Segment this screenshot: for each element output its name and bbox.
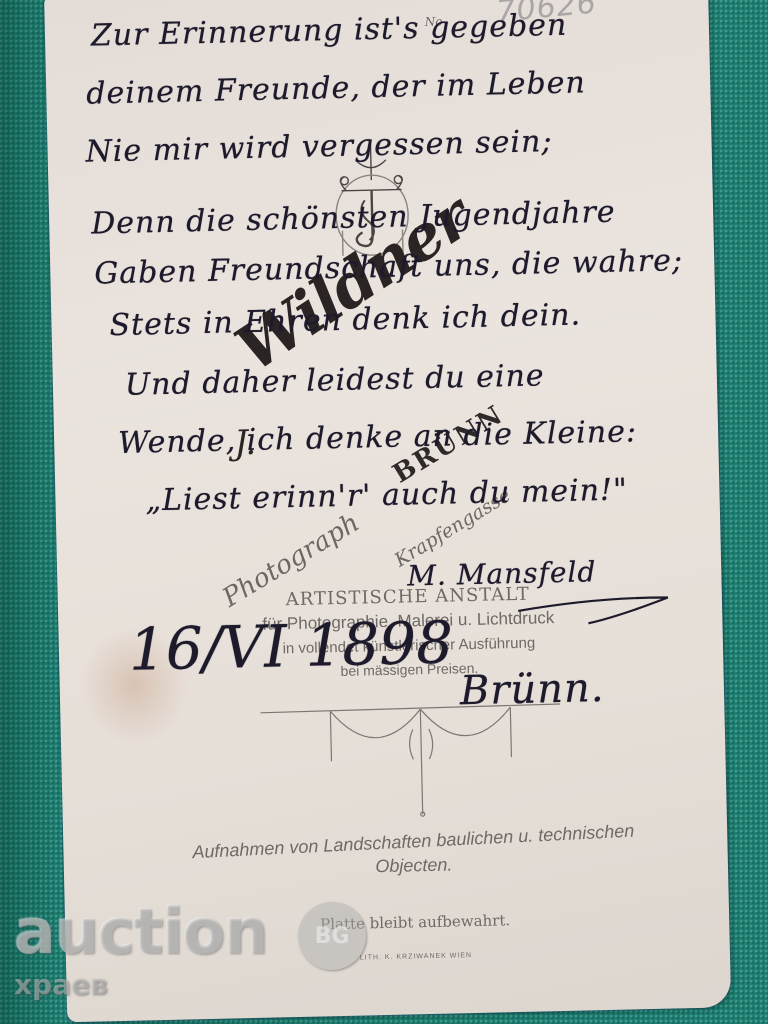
handwritten-date: 16/VI 1898 [128,608,454,683]
signature: M. Mansfeld [407,555,597,592]
watermark-brand: auction [14,895,267,968]
handwriting-line-2: deinem Freunde, der im Leben [86,65,586,111]
handwriting-line-3: Nie mir wird vergessen sein; [85,124,553,170]
handwriting-line-7: Und daher leidest du eine [125,358,545,403]
photo-card-back: 70626 No J. Wildner BRÜNN Krapfengasse P… [44,0,731,1022]
handwriting-line-5: Gaben Freundschaft uns, die wahre; [94,243,683,291]
handwriting-line-9: „Liest erinn'r' auch du mein!" [145,472,628,518]
handwriting-line-4: Denn die schönsten Jugendjahre [91,195,616,242]
handwriting-line-8: Wende, ich denke an die Kleine: [118,414,638,461]
watermark-badge: BG [298,902,366,970]
handwriting-line-1: Zur Erinnerung ist's gegeben [91,8,568,54]
watermark-subtitle: храев [14,968,108,1001]
signature-flourish-icon [518,595,679,629]
handwriting-line-6: Stets in Ehren denk ich dein. [109,297,581,343]
handwritten-place: Brünn. [459,665,605,714]
watermark-badge-text: BG [315,924,350,949]
